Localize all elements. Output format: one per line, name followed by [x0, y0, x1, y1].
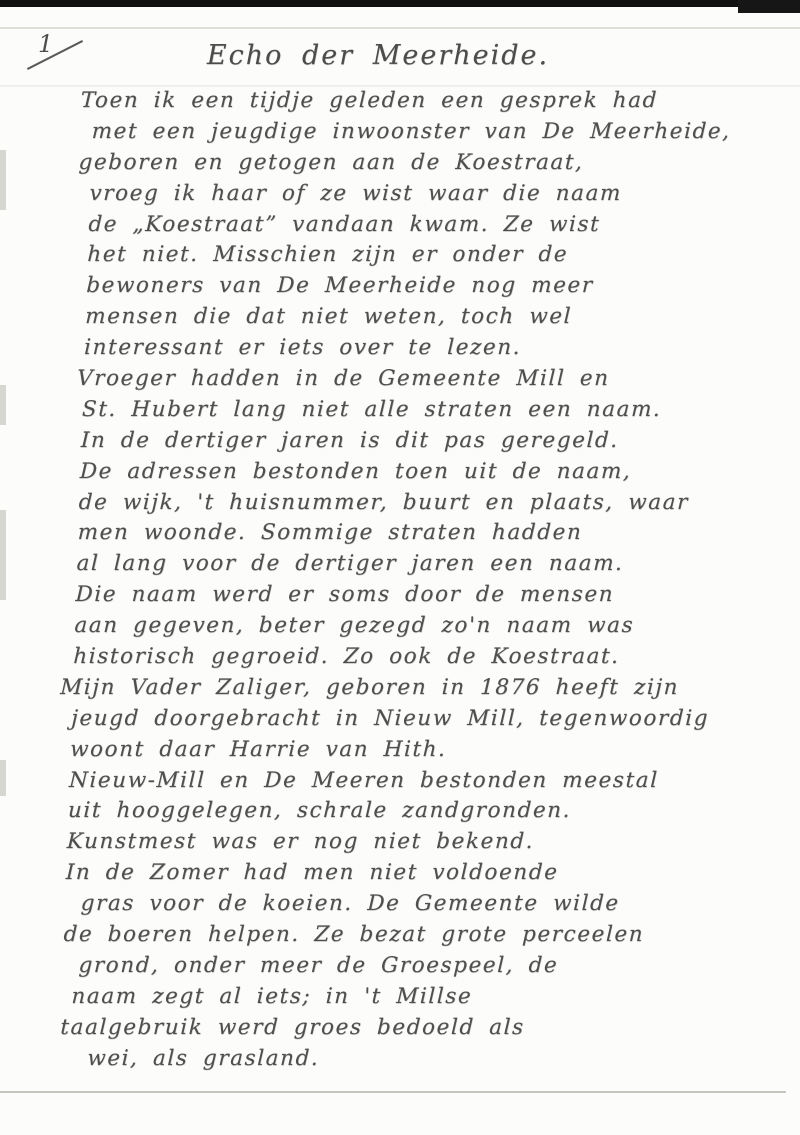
manuscript-line: mensen die dat niet weten, toch wel: [85, 302, 780, 333]
manuscript-line: met een jeugdige inwoonster van De Meerh…: [91, 117, 786, 148]
manuscript-line: aan gegeven, beter gezegd zo'n naam was: [74, 611, 769, 642]
manuscript-line: De adressen bestonden toen uit de naam,: [79, 457, 774, 488]
manuscript-line: geboren en getogen aan de Koestraat,: [78, 148, 785, 179]
manuscript-line: historisch gegroeid. Zo ook de Koestraat…: [73, 642, 768, 673]
manuscript-line: Kunstmest was er nog niet bekend.: [66, 827, 761, 858]
manuscript-line: Vroeger hadden in de Gemeente Mill en: [76, 364, 777, 395]
manuscript-line: taalgebruik werd groes bedoeld als: [60, 1013, 755, 1044]
manuscript-line: vroeg ik haar of ze wist waar die naam: [89, 179, 784, 210]
manuscript-line: In de Zomer had men niet voldoende: [65, 858, 760, 889]
scan-edge-smudge: [0, 760, 6, 796]
manuscript-line: al lang voor de dertiger jaren een naam.: [76, 549, 771, 580]
manuscript-line: het niet. Misschien zijn er onder de: [87, 240, 782, 271]
manuscript-line: woont daar Harrie van Hith.: [70, 735, 765, 766]
manuscript-line: Toen ik een tijdje geleden een gesprek h…: [80, 86, 787, 117]
manuscript-line: St. Hubert lang niet alle straten een na…: [81, 395, 776, 426]
page-title: Echo der Meerheide.: [0, 40, 778, 71]
manuscript-line: Mijn Vader Zaliger, geboren in 1876 heef…: [60, 673, 767, 704]
manuscript-line: Die naam werd er soms door de mensen: [75, 580, 770, 611]
manuscript-line: Nieuw-Mill en De Meeren bestonden meesta…: [68, 766, 763, 797]
scan-artifact-top-bar: [0, 0, 800, 7]
manuscript-body: Toen ik een tijdje geleden een gesprek h…: [47, 86, 788, 1075]
scan-edge-smudge: [0, 150, 6, 210]
manuscript-line: bewoners van De Meerheide nog meer: [86, 271, 781, 302]
scan-crease-line: [0, 1091, 786, 1093]
manuscript-line: naam zegt al iets; in 't Millse: [71, 982, 756, 1013]
manuscript-line: gras voor de koeien. De Gemeente wilde: [80, 889, 759, 920]
manuscript-line: interessant er iets over te lezen.: [84, 333, 779, 364]
scanned-handwritten-page: 1 Echo der Meerheide. Toen ik een tijdje…: [0, 0, 800, 1135]
manuscript-line: men woonde. Sommige straten hadden: [77, 518, 772, 549]
manuscript-line: de „Koestraat” vandaan kwam. Ze wist: [88, 210, 783, 241]
manuscript-line: jeugd doorgebracht in Nieuw Mill, tegenw…: [71, 704, 766, 735]
manuscript-line: wei, als grasland.: [87, 1044, 754, 1075]
manuscript-line: grond, onder meer de Groespeel, de: [78, 951, 757, 982]
manuscript-line: de wijk, 't huisnummer, buurt en plaats,…: [78, 488, 773, 519]
scan-streak-line: [0, 27, 800, 29]
scan-artifact-top-right-corner: [738, 0, 800, 13]
scan-edge-smudge: [0, 385, 6, 425]
manuscript-line: In de dertiger jaren is dit pas geregeld…: [80, 426, 775, 457]
manuscript-line: de boeren helpen. Ze bezat grote perceel…: [63, 920, 758, 951]
scan-edge-smudge: [0, 510, 6, 600]
manuscript-line: uit hooggelegen, schrale zandgronden.: [67, 796, 762, 827]
